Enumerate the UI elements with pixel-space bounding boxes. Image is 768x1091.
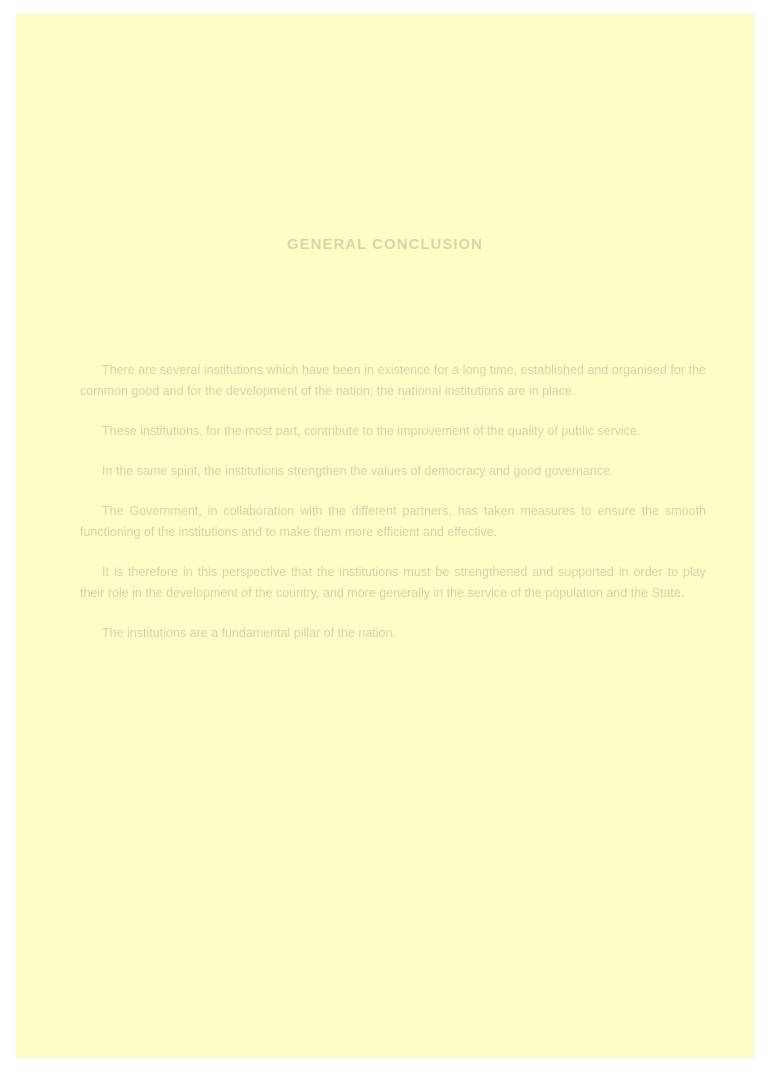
paragraph: It is therefore in this perspective that… [80,562,706,604]
paragraph: These institutions, for the most part, c… [80,421,706,442]
paragraph: In the same spirit, the institutions str… [80,461,706,482]
paragraph: There are several institutions which hav… [80,360,706,402]
scanned-page: GENERAL CONCLUSION There are several ins… [16,14,754,1058]
paragraph: The institutions are a fundamental pilla… [80,623,706,644]
document-body: There are several institutions which hav… [80,360,706,663]
page-title: GENERAL CONCLUSION [16,236,754,253]
paragraph: The Government, in collaboration with th… [80,501,706,543]
